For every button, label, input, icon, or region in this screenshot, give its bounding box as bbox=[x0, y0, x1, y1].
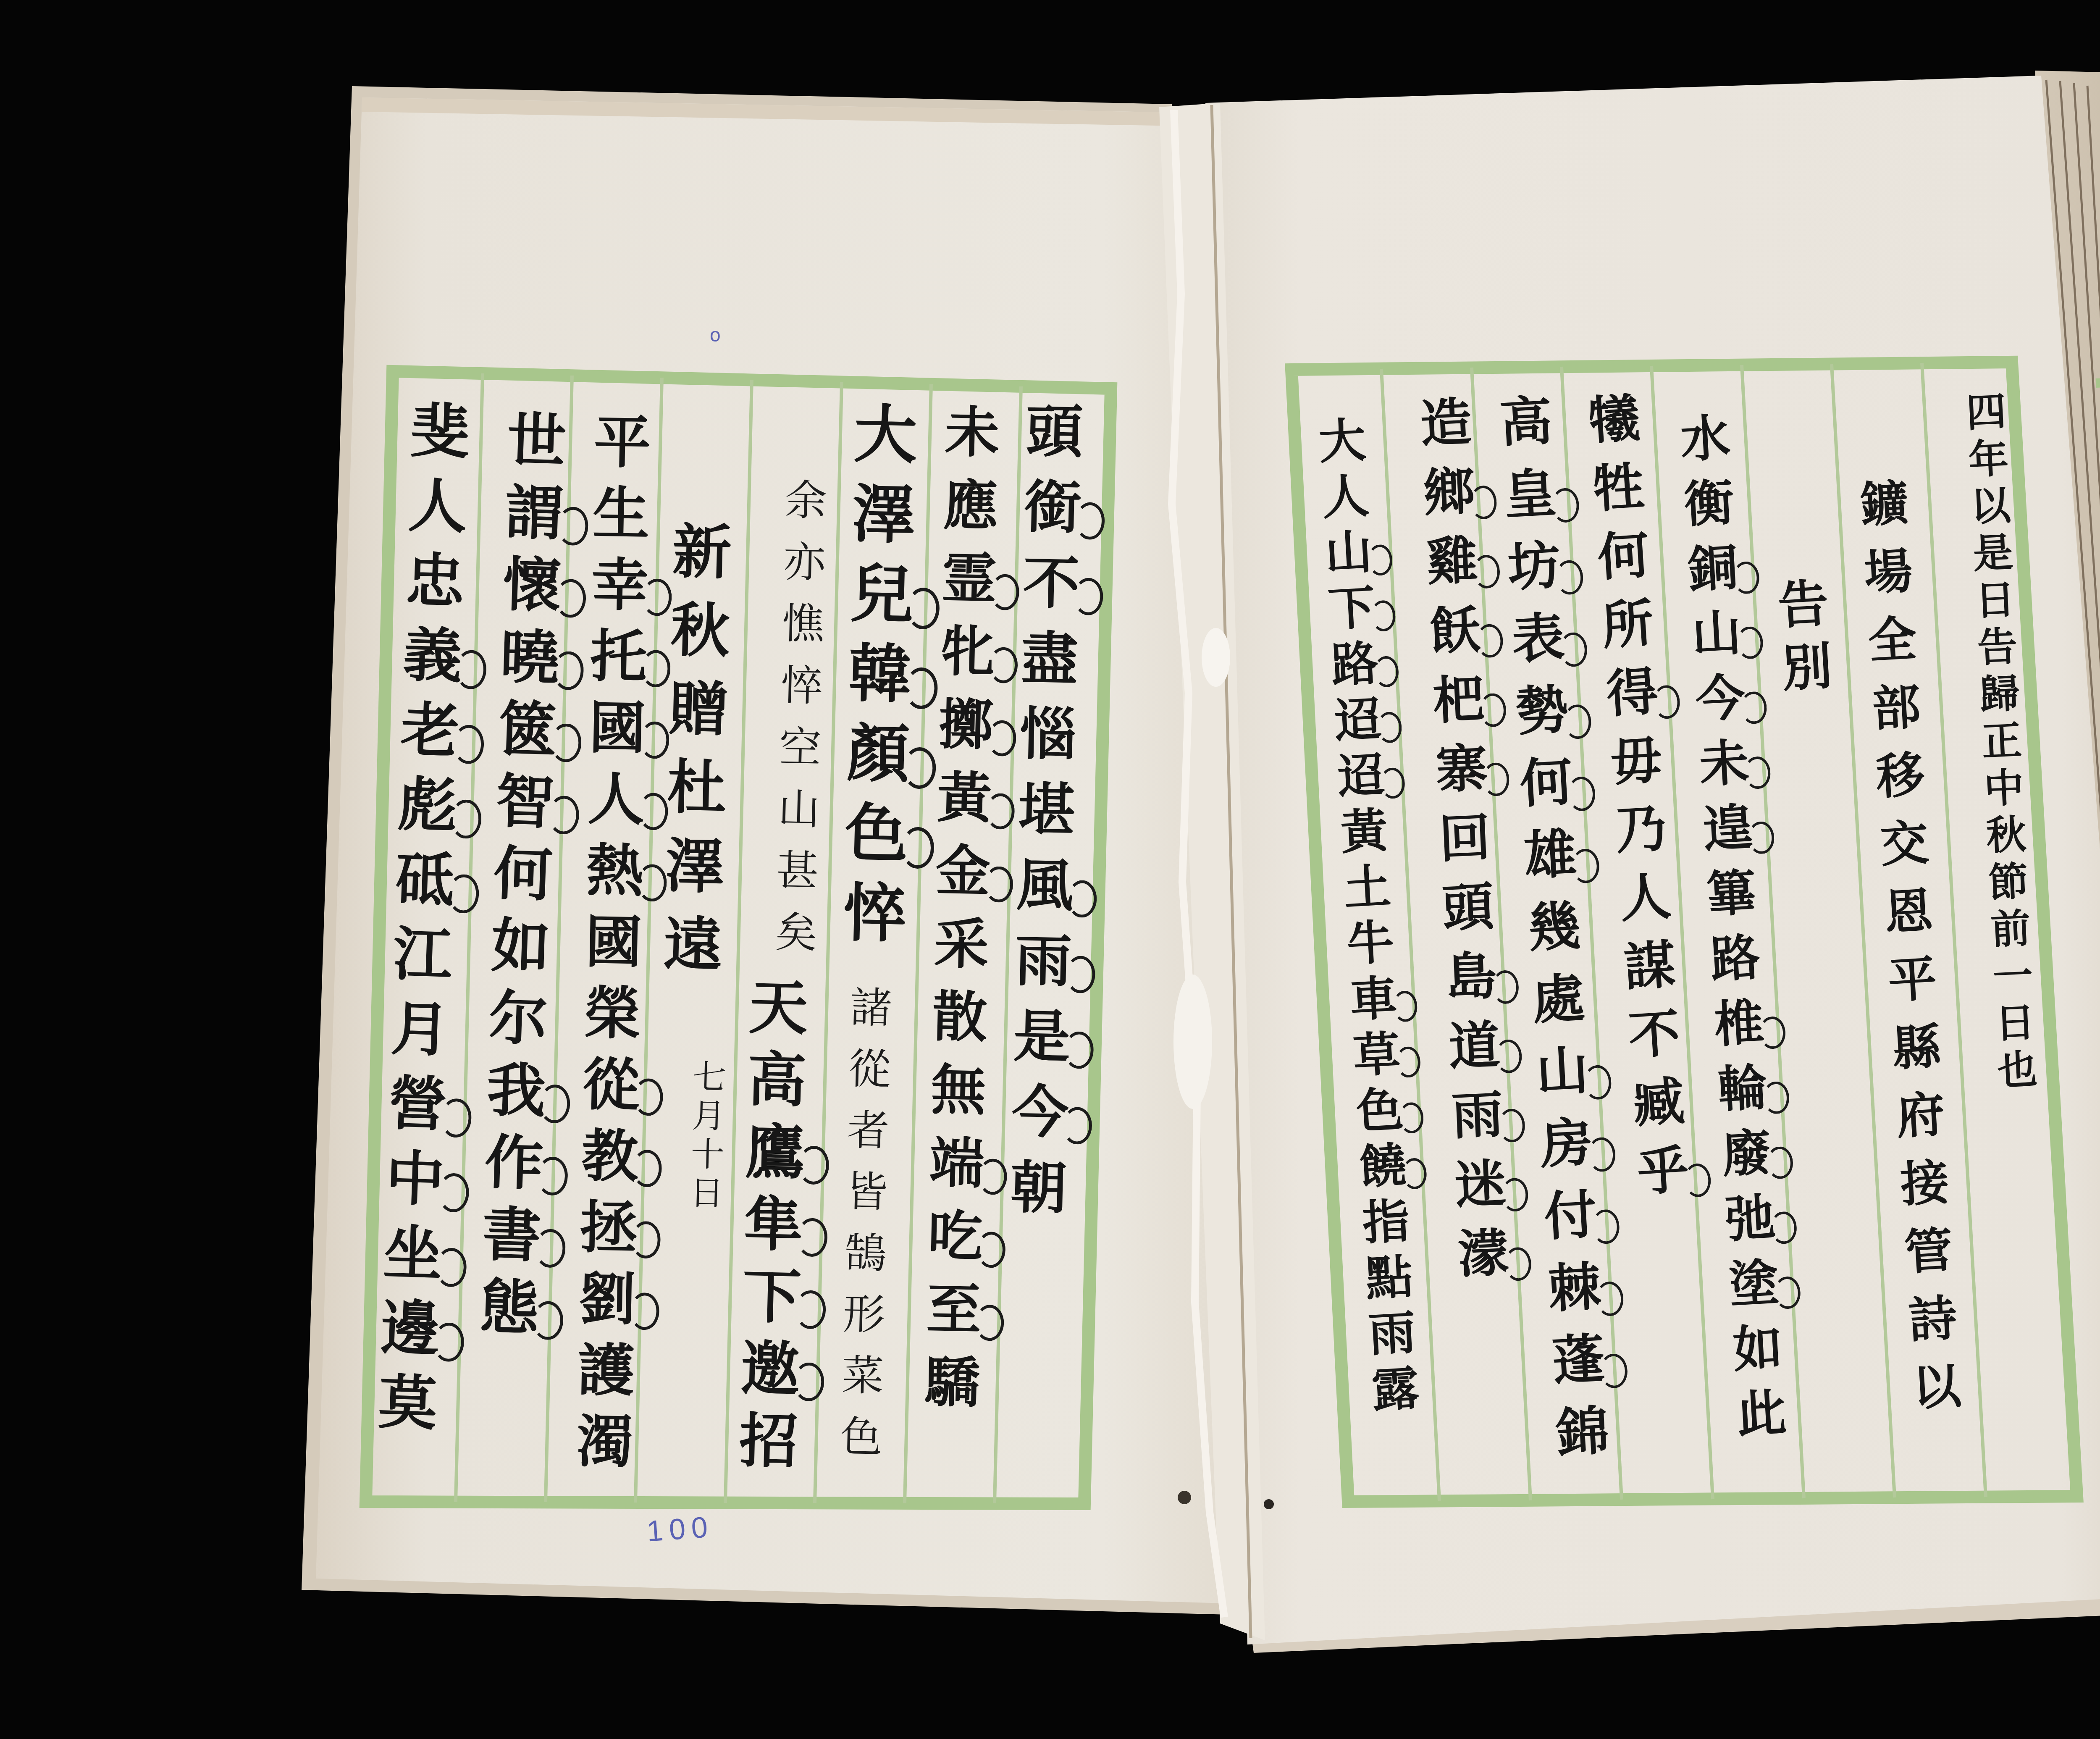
character: 歸 bbox=[1975, 673, 2025, 722]
mark-slot bbox=[1066, 880, 1102, 956]
circle-mark-icon bbox=[641, 650, 671, 688]
mark-slot bbox=[1395, 1046, 1427, 1103]
character: 別 bbox=[1775, 641, 1840, 707]
mark-slot bbox=[1736, 625, 1770, 692]
mark-slot bbox=[630, 1221, 665, 1293]
mark-slot bbox=[1473, 554, 1507, 625]
character: 縣 bbox=[1886, 1022, 1948, 1093]
circle-mark-icon bbox=[1482, 762, 1510, 797]
mark-slot bbox=[1751, 885, 1785, 952]
mark-slot bbox=[1559, 631, 1594, 705]
mark-slot bbox=[556, 506, 593, 580]
mark-slot bbox=[1661, 821, 1696, 891]
mark-slot bbox=[1069, 729, 1105, 805]
mark-slot bbox=[1379, 767, 1411, 824]
character: 鵠 bbox=[839, 1232, 891, 1294]
character: 正 bbox=[1977, 720, 2027, 769]
circle-mark-icon bbox=[550, 723, 582, 763]
mark-slot bbox=[1587, 1136, 1622, 1210]
mark-slot bbox=[1648, 616, 1683, 686]
mark-slot bbox=[641, 578, 677, 650]
circle-mark-icon bbox=[1376, 711, 1402, 743]
circle-mark-icon bbox=[455, 650, 487, 690]
mark-slot bbox=[636, 864, 672, 936]
mark-slot bbox=[1591, 1208, 1626, 1282]
character: 從 bbox=[843, 1048, 895, 1111]
circle-mark-icon bbox=[990, 574, 1019, 610]
mark-slot bbox=[1498, 1108, 1532, 1178]
mark-slot bbox=[1482, 762, 1516, 832]
circle-mark-icon bbox=[976, 1232, 1005, 1268]
mark-slot bbox=[909, 428, 948, 508]
mark-slot bbox=[635, 935, 670, 1007]
ink-spot bbox=[1264, 1499, 1274, 1509]
mark-slot bbox=[1571, 848, 1606, 922]
mark-slot bbox=[1755, 951, 1788, 1017]
character: 四 bbox=[1961, 391, 2011, 440]
circle-mark-icon bbox=[1652, 684, 1681, 720]
mark-slot bbox=[976, 1232, 1010, 1306]
page-number: 100 bbox=[646, 1510, 714, 1548]
mark-slot bbox=[1504, 1246, 1538, 1317]
mark-slot bbox=[1665, 889, 1701, 959]
mark-slot bbox=[436, 1173, 474, 1249]
mark-slot bbox=[980, 1012, 1015, 1086]
character: 是 bbox=[1968, 532, 2018, 581]
circle-mark-icon bbox=[1373, 655, 1399, 688]
mark-slot bbox=[542, 940, 580, 1013]
character: 詩 bbox=[1902, 1293, 1964, 1365]
circle-mark-icon bbox=[1559, 631, 1588, 667]
mark-slot bbox=[1579, 992, 1614, 1066]
mark-slot bbox=[1411, 1324, 1442, 1382]
circle-mark-icon bbox=[1501, 1177, 1529, 1212]
circle-mark-icon bbox=[1475, 623, 1504, 658]
character: 以 bbox=[1906, 1361, 1968, 1433]
mark-slot bbox=[977, 1158, 1012, 1232]
circle-mark-icon bbox=[1066, 956, 1096, 994]
circle-mark-icon bbox=[1571, 848, 1600, 884]
mark-slot bbox=[1670, 957, 1705, 1027]
mark-slot bbox=[1494, 1038, 1528, 1109]
circle-mark-icon bbox=[1367, 544, 1393, 576]
mark-slot bbox=[441, 1023, 479, 1099]
character: 恩 bbox=[1878, 886, 1940, 957]
circle-mark-icon bbox=[532, 1300, 564, 1340]
circle-mark-icon bbox=[453, 725, 485, 764]
mark-slot bbox=[633, 1078, 668, 1150]
mark-slot bbox=[628, 1364, 663, 1436]
mark-slot bbox=[988, 647, 1022, 721]
circle-mark-icon bbox=[1075, 502, 1105, 540]
circle-mark-icon bbox=[1587, 1136, 1617, 1172]
circle-mark-icon bbox=[1062, 1107, 1092, 1145]
circle-mark-icon bbox=[1494, 1039, 1522, 1074]
character: 平 bbox=[1882, 954, 1944, 1025]
circle-mark-icon bbox=[1395, 1046, 1421, 1078]
mark-slot bbox=[434, 1248, 472, 1324]
circle-mark-icon bbox=[539, 1084, 571, 1124]
mark-slot bbox=[1392, 990, 1423, 1048]
mark-slot bbox=[1389, 934, 1420, 992]
mark-slot bbox=[985, 793, 1019, 867]
circle-mark-icon bbox=[986, 793, 1015, 830]
circle-mark-icon bbox=[557, 506, 589, 546]
circle-mark-icon bbox=[975, 1305, 1004, 1341]
mark-slot bbox=[1401, 1157, 1433, 1215]
circle-mark-icon bbox=[1504, 1246, 1532, 1281]
mark-slot bbox=[446, 874, 484, 950]
character: 管 bbox=[1898, 1226, 1960, 1297]
mark-slot bbox=[792, 1362, 829, 1435]
mark-slot bbox=[640, 650, 675, 722]
mark-slot bbox=[1404, 1213, 1436, 1271]
mark-slot bbox=[1074, 502, 1110, 578]
character: 甚 bbox=[772, 849, 823, 912]
mark-slot bbox=[1729, 495, 1762, 562]
character: 皆 bbox=[841, 1171, 892, 1233]
open-manuscript-photo: 四年以是日告歸正中秋節前一日也 鑛場全部移交恩平縣府接管詩以 告別 水衡銅山今未… bbox=[0, 0, 2100, 1739]
mark-slot bbox=[644, 436, 679, 507]
circle-mark-icon bbox=[633, 1078, 664, 1116]
mark-slot bbox=[634, 1007, 669, 1079]
mark-slot bbox=[797, 1145, 834, 1219]
binding-thread bbox=[1173, 975, 1212, 1109]
mark-slot bbox=[1479, 692, 1513, 763]
mark-slot bbox=[1361, 432, 1392, 490]
character: 七 bbox=[689, 1060, 730, 1100]
circle-mark-icon bbox=[1762, 1081, 1790, 1115]
mark-slot bbox=[1740, 691, 1773, 757]
character: 余 bbox=[780, 479, 832, 542]
mark-slot bbox=[794, 1290, 831, 1363]
character: 全 bbox=[1862, 614, 1924, 686]
mark-slot bbox=[1759, 1015, 1792, 1082]
blue-ink-mark: o bbox=[710, 323, 721, 346]
character: 亦 bbox=[778, 541, 830, 604]
circle-mark-icon bbox=[901, 827, 934, 869]
mark-slot bbox=[1747, 820, 1781, 887]
character: 矣 bbox=[770, 911, 822, 974]
mark-slot bbox=[1567, 775, 1602, 849]
ink-spot bbox=[1178, 1491, 1191, 1504]
character: 空 bbox=[774, 726, 826, 789]
mark-slot bbox=[1485, 831, 1519, 901]
circle-mark-icon bbox=[1401, 1157, 1427, 1190]
mark-slot bbox=[903, 667, 943, 748]
circle-mark-icon bbox=[435, 1248, 467, 1287]
circle-mark-icon bbox=[450, 799, 482, 839]
mark-slot bbox=[1364, 488, 1395, 545]
circle-mark-icon bbox=[1479, 693, 1507, 728]
mark-slot bbox=[1652, 684, 1688, 754]
mark-slot bbox=[554, 578, 591, 652]
mark-slot bbox=[545, 867, 582, 941]
character: 鑛 bbox=[1854, 478, 1916, 550]
circle-mark-icon bbox=[903, 747, 936, 789]
mark-slot bbox=[974, 1305, 1009, 1379]
circle-mark-icon bbox=[984, 866, 1013, 903]
mark-slot bbox=[1076, 426, 1111, 503]
mark-slot bbox=[639, 721, 674, 793]
mark-slot bbox=[799, 1073, 836, 1146]
mark-slot bbox=[1475, 623, 1509, 693]
character: 日 bbox=[686, 1176, 727, 1216]
mark-slot bbox=[1762, 1080, 1796, 1147]
mark-slot bbox=[454, 650, 492, 726]
character: 部 bbox=[1866, 682, 1928, 754]
mark-slot bbox=[1370, 599, 1402, 657]
circle-mark-icon bbox=[989, 647, 1018, 683]
circle-mark-icon bbox=[1683, 1163, 1712, 1198]
circle-mark-icon bbox=[1740, 691, 1767, 725]
mark-slot bbox=[1643, 547, 1679, 617]
circle-mark-icon bbox=[1591, 1208, 1620, 1245]
mark-slot bbox=[1068, 804, 1103, 881]
mark-slot bbox=[1491, 969, 1525, 1040]
character: 菜 bbox=[837, 1354, 888, 1417]
mark-slot bbox=[431, 1322, 469, 1398]
circle-mark-icon bbox=[1491, 969, 1520, 1004]
circle-mark-icon bbox=[1469, 485, 1497, 520]
character: 節 bbox=[1984, 861, 2034, 910]
mark-slot bbox=[982, 939, 1016, 1013]
mark-slot bbox=[1583, 1064, 1618, 1138]
mark-slot bbox=[533, 1228, 571, 1302]
circle-mark-icon bbox=[798, 1145, 829, 1185]
mark-slot bbox=[459, 500, 496, 576]
character: 告 bbox=[1972, 626, 2022, 675]
circle-mark-icon bbox=[1555, 560, 1584, 596]
character: 府 bbox=[1890, 1090, 1952, 1161]
circle-mark-icon bbox=[1599, 1353, 1629, 1389]
character: 者 bbox=[842, 1109, 894, 1172]
mark-slot bbox=[1376, 711, 1408, 769]
circle-mark-icon bbox=[1774, 1276, 1801, 1310]
mark-slot bbox=[1770, 1211, 1803, 1277]
circle-mark-icon bbox=[793, 1362, 824, 1402]
circle-mark-icon bbox=[796, 1218, 828, 1257]
mark-slot bbox=[1635, 411, 1670, 481]
mark-slot bbox=[627, 1435, 662, 1507]
character: 中 bbox=[1979, 767, 2029, 816]
mark-slot bbox=[449, 799, 487, 875]
mark-slot bbox=[1065, 956, 1100, 1032]
circle-mark-icon bbox=[795, 1290, 826, 1329]
character: 移 bbox=[1870, 750, 1932, 822]
poem-title: 告別 bbox=[1772, 578, 1840, 707]
mark-slot bbox=[540, 1012, 577, 1085]
circle-mark-icon bbox=[1067, 880, 1097, 918]
mark-slot bbox=[1679, 1094, 1714, 1164]
circle-mark-icon bbox=[1766, 1145, 1794, 1179]
mark-slot bbox=[990, 574, 1024, 648]
mark-slot bbox=[1555, 559, 1590, 633]
mark-slot bbox=[1683, 1162, 1719, 1232]
mark-slot bbox=[1675, 1026, 1710, 1096]
circle-mark-icon bbox=[638, 793, 669, 830]
circle-mark-icon bbox=[642, 578, 672, 616]
circle-mark-icon bbox=[548, 795, 580, 835]
mark-slot bbox=[973, 1378, 1007, 1452]
mark-slot bbox=[439, 1098, 477, 1174]
mark-slot bbox=[535, 1156, 573, 1229]
character: 一 bbox=[1988, 955, 2038, 1004]
character: 諸 bbox=[845, 987, 897, 1049]
mark-slot bbox=[629, 1292, 664, 1364]
circle-mark-icon bbox=[630, 1292, 660, 1330]
circle-mark-icon bbox=[448, 874, 480, 914]
character: 日 bbox=[1970, 579, 2020, 628]
circle-mark-icon bbox=[631, 1221, 661, 1259]
circle-mark-icon bbox=[552, 651, 584, 691]
mark-slot bbox=[643, 507, 678, 579]
mark-slot bbox=[906, 587, 945, 668]
circle-mark-icon bbox=[1595, 1281, 1625, 1317]
circle-mark-icon bbox=[1473, 554, 1501, 589]
circle-mark-icon bbox=[905, 667, 938, 709]
mark-slot bbox=[1061, 1107, 1097, 1183]
mark-slot bbox=[1551, 487, 1586, 561]
circle-mark-icon bbox=[534, 1228, 566, 1268]
mark-slot bbox=[1367, 544, 1399, 601]
circle-mark-icon bbox=[1498, 1108, 1526, 1143]
character: 山 bbox=[773, 788, 824, 851]
circle-mark-icon bbox=[438, 1173, 470, 1213]
mark-slot bbox=[900, 827, 940, 907]
character: 以 bbox=[1966, 485, 2016, 534]
mark-slot bbox=[1501, 1177, 1535, 1248]
mark-slot bbox=[1599, 1353, 1635, 1426]
mark-slot bbox=[638, 793, 673, 864]
circle-mark-icon bbox=[1583, 1064, 1612, 1101]
mark-slot bbox=[898, 906, 938, 987]
mark-slot bbox=[907, 507, 947, 588]
character: 秋 bbox=[1982, 814, 2032, 863]
mark-slot bbox=[1766, 1145, 1800, 1212]
circle-mark-icon bbox=[637, 864, 667, 902]
character: 悴 bbox=[776, 665, 827, 728]
mark-slot bbox=[1488, 900, 1522, 971]
mark-slot bbox=[983, 866, 1018, 940]
circle-mark-icon bbox=[555, 578, 587, 618]
mark-slot bbox=[1466, 415, 1500, 486]
mark-slot bbox=[461, 426, 499, 502]
mark-slot bbox=[558, 434, 596, 507]
mark-slot bbox=[979, 1085, 1013, 1159]
poem-date: 七月十日 bbox=[686, 1060, 730, 1216]
circle-mark-icon bbox=[1073, 578, 1103, 616]
character: 接 bbox=[1894, 1158, 1956, 1229]
circle-mark-icon bbox=[440, 1098, 472, 1138]
circle-mark-icon bbox=[987, 720, 1016, 757]
character: 色 bbox=[835, 1416, 887, 1478]
circle-mark-icon bbox=[1398, 1102, 1424, 1134]
mark-slot bbox=[1407, 1269, 1439, 1326]
character: 告 bbox=[1772, 578, 1836, 644]
mark-slot bbox=[538, 1084, 575, 1158]
mark-slot bbox=[1383, 822, 1414, 880]
circle-mark-icon bbox=[1064, 1031, 1094, 1069]
circle-mark-icon bbox=[433, 1322, 465, 1362]
mark-slot bbox=[1071, 653, 1107, 730]
mark-slot bbox=[1781, 1405, 1815, 1472]
mark-slot bbox=[795, 1218, 832, 1291]
mark-slot bbox=[1398, 1101, 1430, 1159]
circle-mark-icon bbox=[1743, 756, 1771, 790]
circle-mark-icon bbox=[1379, 767, 1405, 799]
mark-slot bbox=[1656, 752, 1692, 822]
mark-slot bbox=[547, 795, 584, 869]
mark-slot bbox=[987, 720, 1021, 794]
mark-slot bbox=[991, 501, 1026, 575]
circle-mark-icon bbox=[1759, 1016, 1786, 1050]
character: 日 bbox=[1990, 1002, 2040, 1051]
circle-mark-icon bbox=[632, 1150, 662, 1187]
mark-slot bbox=[551, 651, 589, 724]
character: 年 bbox=[1963, 438, 2013, 487]
mark-slot bbox=[1373, 655, 1405, 713]
mark-slot bbox=[1777, 1340, 1811, 1407]
character: 交 bbox=[1874, 818, 1936, 889]
mark-slot bbox=[1603, 1425, 1638, 1499]
mark-slot bbox=[1725, 431, 1759, 497]
character: 十 bbox=[687, 1137, 728, 1177]
character: 月 bbox=[688, 1099, 729, 1138]
mark-slot bbox=[1073, 578, 1108, 654]
circle-mark-icon bbox=[1563, 704, 1592, 740]
character: 場 bbox=[1858, 546, 1920, 618]
mark-slot bbox=[801, 1001, 837, 1074]
mark-slot bbox=[1639, 479, 1674, 549]
circle-mark-icon bbox=[906, 587, 940, 630]
mark-slot bbox=[1386, 878, 1417, 936]
mark-slot bbox=[1575, 920, 1610, 994]
mark-slot bbox=[1563, 703, 1598, 777]
binding-thread bbox=[1202, 628, 1230, 687]
circle-mark-icon bbox=[1392, 990, 1418, 1022]
circle-mark-icon bbox=[536, 1156, 568, 1196]
mark-slot bbox=[549, 723, 586, 796]
mark-slot bbox=[1060, 1182, 1095, 1259]
mark-slot bbox=[444, 949, 482, 1025]
mark-slot bbox=[1414, 1380, 1445, 1438]
circle-mark-icon bbox=[1732, 561, 1760, 595]
mark-slot bbox=[1547, 415, 1582, 489]
circle-mark-icon bbox=[1567, 776, 1596, 812]
mark-slot bbox=[902, 747, 941, 827]
circle-mark-icon bbox=[640, 721, 670, 759]
circle-mark-icon bbox=[1770, 1211, 1798, 1245]
mark-slot bbox=[1732, 560, 1766, 627]
character: 形 bbox=[838, 1293, 890, 1355]
circle-mark-icon bbox=[1370, 599, 1396, 632]
mark-slot bbox=[992, 428, 1027, 502]
mark-slot bbox=[1774, 1275, 1807, 1342]
mark-slot bbox=[429, 1397, 467, 1473]
character: 憔 bbox=[777, 603, 829, 666]
mark-slot bbox=[1063, 1031, 1099, 1108]
mark-slot bbox=[531, 1300, 568, 1374]
mark-slot bbox=[1469, 485, 1503, 555]
mark-slot bbox=[1743, 755, 1777, 822]
character: 也 bbox=[1992, 1049, 2042, 1098]
circle-mark-icon bbox=[978, 1158, 1007, 1195]
circle-mark-icon bbox=[1551, 487, 1580, 523]
mark-slot bbox=[790, 1434, 827, 1508]
circle-mark-icon bbox=[1736, 625, 1764, 659]
mark-slot bbox=[631, 1150, 667, 1222]
